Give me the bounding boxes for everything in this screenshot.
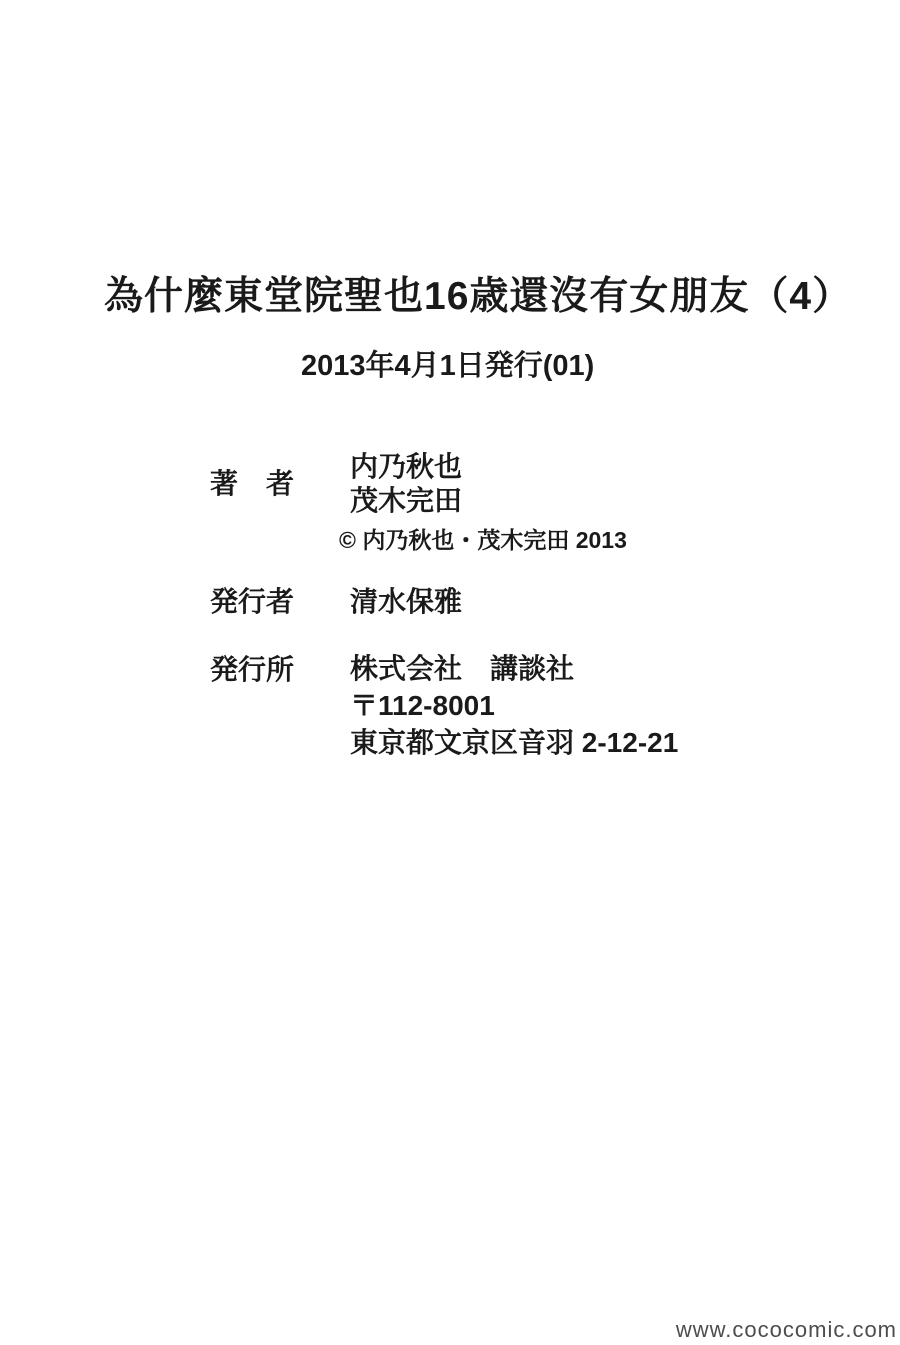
author-name: 茂木完田 <box>350 484 462 518</box>
book-title: 為什麼東堂院聖也16歳還沒有女朋友（4） <box>104 277 852 316</box>
issue-date: 2013年4月1日発行(01) <box>301 352 594 381</box>
postal-code: 〒112-8001 <box>350 687 678 724</box>
copyright-line: © 内乃秋也・茂木完田 2013 <box>339 529 627 552</box>
scanned-colophon-page: 為什麼東堂院聖也16歳還沒有女朋友（4） 2013年4月1日発行(01) 著 者… <box>0 0 900 1345</box>
author-label-char-2: 者 <box>266 470 294 498</box>
address-line: 東京都文京区音羽 2-12-21 <box>350 724 678 761</box>
author-label: 著 者 <box>210 470 294 498</box>
author-name: 内乃秋也 <box>350 450 462 484</box>
author-label-char-1: 著 <box>210 470 238 498</box>
watermark-url: www.cococomic.com <box>676 1317 897 1343</box>
author-names: 内乃秋也 茂木完田 <box>350 450 462 518</box>
publisher-name: 清水保雅 <box>350 588 462 616</box>
publishing-office-label: 発行所 <box>210 656 294 684</box>
publisher-label: 発行者 <box>210 588 294 616</box>
publishing-office-details: 株式会社 講談社 〒112-8001 東京都文京区音羽 2-12-21 <box>350 650 678 761</box>
company-name: 株式会社 講談社 <box>350 650 678 687</box>
